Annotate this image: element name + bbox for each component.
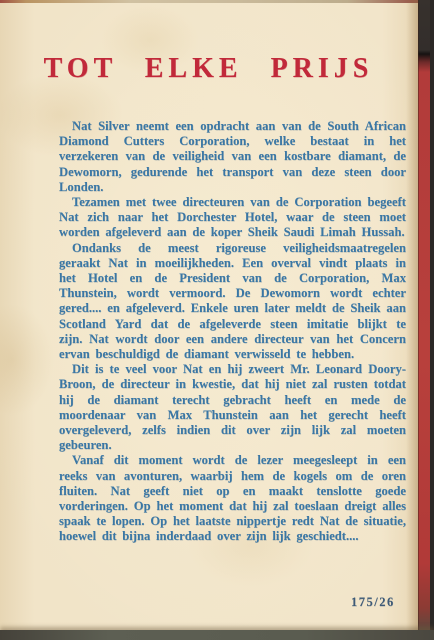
top-edge-line (0, 0, 434, 3)
page-edge-shadow (406, 0, 418, 640)
blurb: Nat Silver neemt een opdracht aan van de… (59, 119, 406, 545)
blurb-paragraph: Dit is te veel voor Nat en hij zweert Mr… (59, 362, 406, 453)
bottom-edge (0, 630, 434, 640)
book-title: TOT ELKE PRIJS (0, 53, 417, 85)
blurb-paragraph: Tezamen met twee directeuren van de Corp… (59, 195, 406, 241)
book-back-cover: TOT ELKE PRIJS Nat Silver neemt een opdr… (0, 0, 434, 640)
blurb-paragraph: Nat Silver neemt een opdracht aan van de… (59, 119, 406, 195)
serial-stamp: 175/26 (351, 595, 395, 610)
blurb-paragraph: Ondanks de meest rigoreuse veiligheidsma… (59, 241, 406, 363)
blurb-paragraph: Vanaf dit moment wordt de lezer meegesle… (59, 453, 406, 544)
spine-edge (418, 0, 434, 640)
